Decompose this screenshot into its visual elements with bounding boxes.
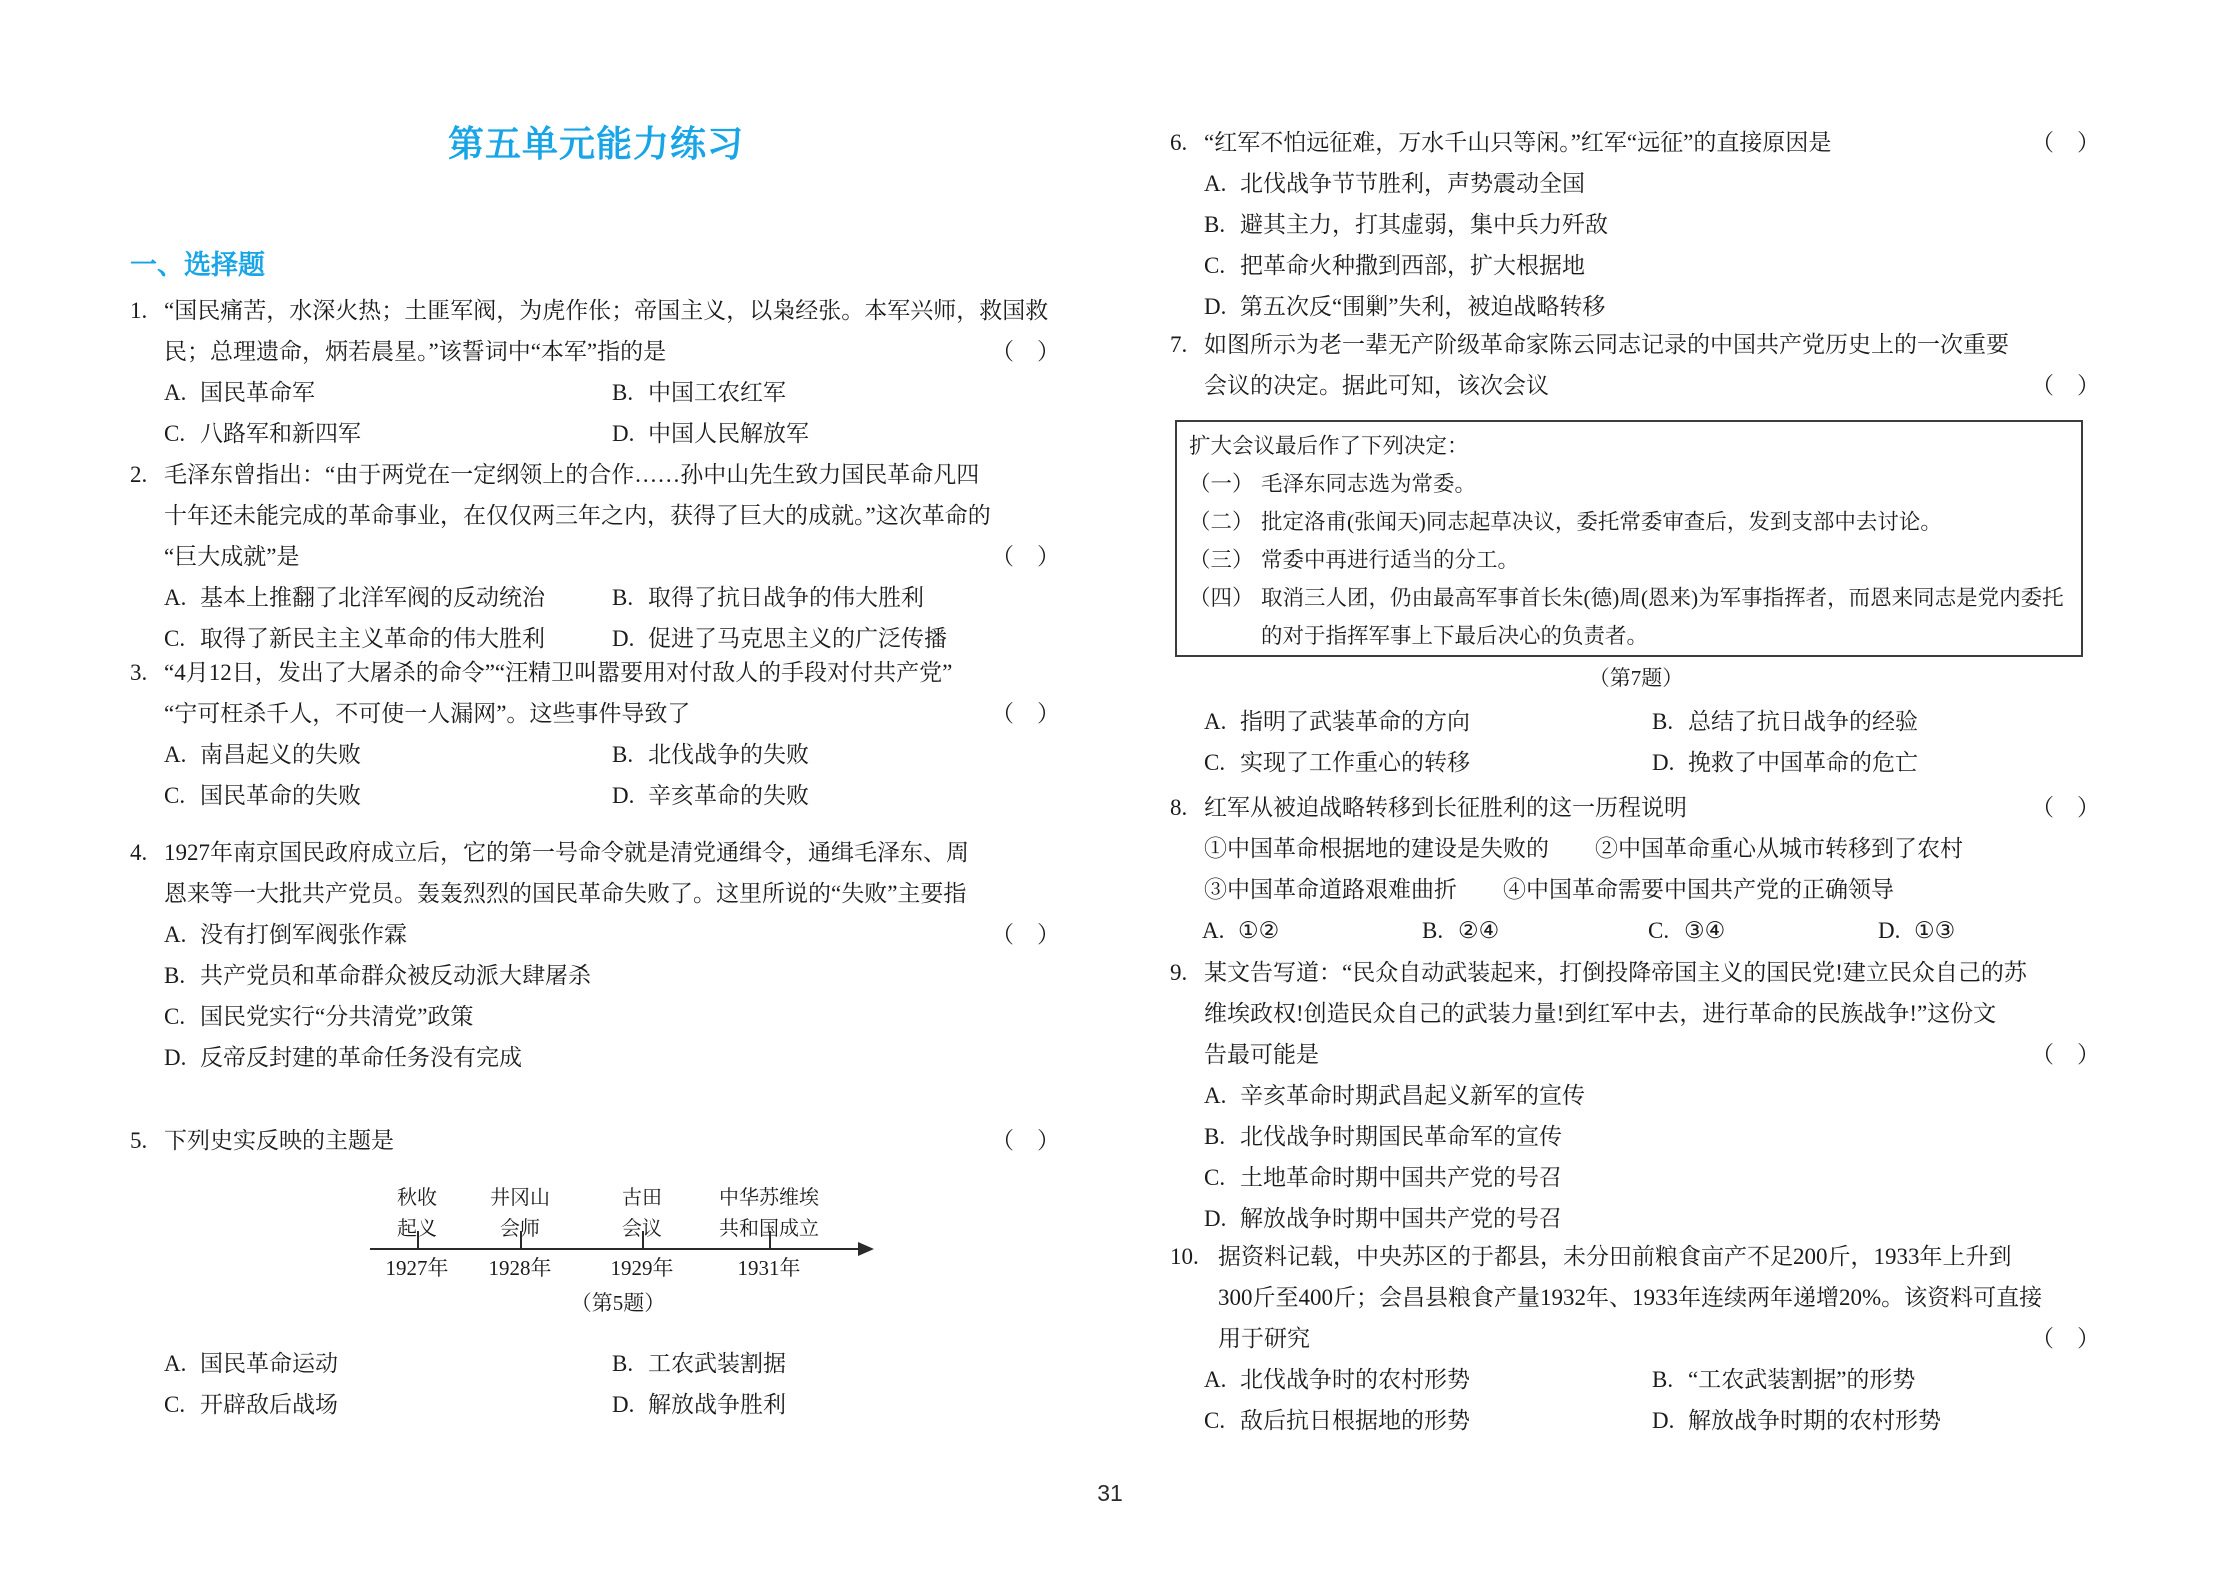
option-label: C. — [164, 1384, 200, 1425]
question-2: 2. 毛泽东曾指出：“由于两党在一定纲领上的合作……孙中山先生致力国民革命凡四 … — [130, 454, 1062, 659]
statement-text: ④中国革命需要中国共产党的正确领导 — [1503, 877, 1894, 902]
options-list: A.没有打倒军阀张作霖 B.共产党员和革命群众被反动派大肆屠杀 C.国民党实行“… — [130, 914, 1062, 1078]
option-text: 国民革命的失败 — [200, 783, 361, 808]
option-label: A. — [1204, 1359, 1240, 1400]
option-a: A.辛亥革命时期武昌起义新军的宣传 — [1204, 1075, 2102, 1116]
stem-line: 300斤至400斤；会昌县粮食产量1932年、1933年连续两年递增20%。该资… — [1170, 1277, 2102, 1318]
option-text: 敌后抗日根据地的形势 — [1240, 1408, 1470, 1433]
option-label: B. — [1204, 204, 1240, 245]
option-text: 北伐战争时的农村形势 — [1240, 1367, 1470, 1392]
option-label: A. — [1202, 910, 1238, 951]
option-b: B.总结了抗日战争的经验 — [1652, 701, 2102, 742]
options-list: A.北伐战争节节胜利，声势震动全国 B.避其主力，打其虚弱，集中兵力歼敌 C.把… — [1170, 163, 2102, 327]
item-marker: （四） — [1189, 579, 1254, 617]
option-text: 基本上推翻了北洋军阀的反动统治 — [200, 585, 545, 610]
timeline-tick — [520, 1231, 522, 1248]
question-number: 5. — [130, 1120, 147, 1161]
question-8: 8. 红军从被迫战略转移到长征胜利的这一历程说明 （ ） ①中国革命根据地的建设… — [1170, 787, 2102, 951]
timeline-tick — [642, 1231, 644, 1248]
option-label: C. — [1204, 1157, 1240, 1198]
answer-bracket: （ ） — [991, 693, 1060, 734]
timeline-figure: 秋收 起义 井冈山 会师 古田 会议 中华苏维埃 共和国成立 1927年 192… — [130, 1161, 1062, 1343]
option-text: 避其主力，打其虚弱，集中兵力歼敌 — [1240, 212, 1608, 237]
timeline-year: 1931年 — [699, 1253, 839, 1283]
option-b: B.北伐战争的失败 — [612, 734, 1062, 775]
option-label: A. — [164, 372, 200, 413]
page-title: 第五单元能力练习 — [130, 119, 1062, 169]
options-grid: A.国民革命运动 B.工农武装割据 C.开辟敌后战场 D.解放战争胜利 — [130, 1343, 1062, 1425]
section-heading: 一、选择题 — [130, 246, 265, 284]
question-number: 6. — [1170, 122, 1187, 163]
option-text: 开辟敌后战场 — [200, 1392, 338, 1417]
stem-text: 300斤至400斤；会昌县粮食产量1932年、1933年连续两年递增20%。该资… — [1218, 1285, 2042, 1310]
answer-bracket: （ ） — [2031, 365, 2100, 406]
stem-text: 维埃政权!创造民众自己的武装力量!到红军中去，进行革命的民族战争!”这份文 — [1204, 1001, 1996, 1026]
question-3: 3. “4月12日，发出了大屠杀的命令”“汪精卫叫嚣要用对付敌人的手段对付共产党… — [130, 652, 1062, 816]
option-text: 共产党员和革命群众被反动派大肆屠杀 — [200, 963, 591, 988]
option-label: D. — [164, 1037, 200, 1078]
option-text: 解放战争时期中国共产党的号召 — [1240, 1206, 1562, 1231]
figure-caption: （第7题） — [1170, 663, 2102, 693]
item-marker: （一） — [1189, 465, 1254, 503]
option-label: C. — [164, 775, 200, 816]
option-label: C. — [1204, 1400, 1240, 1441]
options-grid: A.①② B.②④ C.③④ D.①③ — [1170, 910, 2102, 951]
option-d: D.反帝反封建的革命任务没有完成 — [164, 1037, 1062, 1078]
option-label: D. — [1204, 286, 1240, 327]
option-text: ①② — [1238, 918, 1279, 943]
option-a: A.国民革命运动 — [164, 1343, 612, 1384]
option-label: D. — [612, 1384, 648, 1425]
stem-text: 毛泽东曾指出：“由于两党在一定纲领上的合作……孙中山先生致力国民革命凡四 — [164, 462, 979, 487]
options-list: A.辛亥革命时期武昌起义新军的宣传 B.北伐战争时期国民革命军的宣传 C.土地革… — [1170, 1075, 2102, 1239]
option-a: A.北伐战争节节胜利，声势震动全国 — [1204, 163, 2102, 204]
option-c: C.③④ — [1648, 910, 1878, 951]
stem-line: 2. 毛泽东曾指出：“由于两党在一定纲领上的合作……孙中山先生致力国民革命凡四 — [130, 454, 1062, 495]
options-grid: A.指明了武装革命的方向 B.总结了抗日战争的经验 C.实现了工作重心的转移 D… — [1170, 701, 2102, 783]
question-5: 5. 下列史实反映的主题是 （ ） 秋收 起义 井冈山 会师 古田 会议 中华苏… — [130, 1120, 1062, 1425]
option-label: D. — [1652, 1400, 1688, 1441]
question-number: 3. — [130, 652, 147, 693]
stem-line: 10. 据资料记载，中央苏区的于都县，未分田前粮食亩产不足200斤，1933年上… — [1170, 1236, 2102, 1277]
option-text: 国民革命军 — [200, 380, 315, 405]
stem-text: “4月12日，发出了大屠杀的命令”“汪精卫叫嚣要用对付敌人的手段对付共产党” — [164, 660, 952, 685]
option-text: 把革命火种撒到西部，扩大根据地 — [1240, 253, 1585, 278]
option-a: A.指明了武装革命的方向 — [1204, 701, 1652, 742]
question-9: 9. 某文告写道：“民众自动武装起来，打倒投降帝国主义的国民党!建立民众自己的苏… — [1170, 952, 2102, 1239]
question-number: 1. — [130, 290, 147, 331]
stem-line: 用于研究 （ ） — [1170, 1318, 2102, 1359]
question-number: 10. — [1170, 1236, 1199, 1277]
answer-bracket: （ ） — [2031, 122, 2100, 163]
question-number: 4. — [130, 832, 147, 873]
option-b: B.②④ — [1422, 910, 1648, 951]
answer-bracket: （ ） — [991, 914, 1060, 955]
option-c: C.国民党实行“分共清党”政策 — [164, 996, 1062, 1037]
option-a: A.没有打倒军阀张作霖 — [164, 914, 1062, 955]
stem-line: 7. 如图所示为老一辈无产阶级革命家陈云同志记录的中国共产党历史上的一次重要 — [1170, 324, 2102, 365]
option-text: 国民党实行“分共清党”政策 — [200, 1004, 473, 1029]
option-label: C. — [164, 996, 200, 1037]
answer-bracket: （ ） — [2031, 1318, 2100, 1359]
option-text: 北伐战争时期国民革命军的宣传 — [1240, 1124, 1562, 1149]
stem-text: 据资料记载，中央苏区的于都县，未分田前粮食亩产不足200斤，1933年上升到 — [1218, 1244, 2012, 1269]
stem-text: “巨大成就”是 — [164, 544, 299, 569]
option-text: 促进了马克思主义的广泛传播 — [648, 626, 947, 651]
option-text: 工农武装割据 — [648, 1351, 786, 1376]
option-label: C. — [1204, 742, 1240, 783]
option-text: 没有打倒军阀张作霖 — [200, 922, 407, 947]
options-grid: A.基本上推翻了北洋军阀的反动统治 B.取得了抗日战争的伟大胜利 C.取得了新民… — [130, 577, 1062, 659]
option-d: D.中国人民解放军 — [612, 413, 1062, 454]
option-text: ①③ — [1914, 918, 1955, 943]
item-marker: （二） — [1189, 503, 1254, 541]
answer-bracket: （ ） — [991, 1120, 1060, 1161]
stem-line: 告最可能是 （ ） — [1170, 1034, 2102, 1075]
event-label: 中华苏维埃 — [684, 1183, 854, 1214]
option-label: C. — [1204, 245, 1240, 286]
option-label: D. — [1878, 910, 1914, 951]
stem-line: 1. “国民痛苦，水深火热；土匪军阀，为虎作伥；帝国主义，以枭经张。本军兴师，救… — [130, 290, 1062, 331]
stem-line: 民；总理遗命，炳若晨星。”该誓词中“本军”指的是 （ ） — [130, 331, 1062, 372]
option-label: C. — [164, 413, 200, 454]
option-a: A.①② — [1202, 910, 1422, 951]
option-b: B.“工农武装割据”的形势 — [1652, 1359, 2102, 1400]
option-label: B. — [612, 372, 648, 413]
option-label: A. — [164, 1343, 200, 1384]
option-label: D. — [1652, 742, 1688, 783]
box-item: （一） 毛泽东同志选为常委。 — [1189, 465, 2073, 503]
stem-line: 8. 红军从被迫战略转移到长征胜利的这一历程说明 （ ） — [1170, 787, 2102, 828]
option-label: B. — [1652, 701, 1688, 742]
option-d: D.①③ — [1878, 910, 2102, 951]
question-4: 4. 1927年南京国民政府成立后，它的第一号命令就是清党通缉令，通缉毛泽东、周… — [130, 832, 1062, 1078]
stem-text: “宁可枉杀千人，不可使一人漏网”。这些事件导致了 — [164, 701, 690, 726]
stem-text: 民；总理遗命，炳若晨星。”该誓词中“本军”指的是 — [164, 339, 666, 364]
option-label: D. — [612, 413, 648, 454]
timeline-year: 1929年 — [572, 1253, 712, 1283]
question-7: 7. 如图所示为老一辈无产阶级革命家陈云同志记录的中国共产党历史上的一次重要 会… — [1170, 324, 2102, 783]
option-label: B. — [1204, 1116, 1240, 1157]
option-b: B.中国工农红军 — [612, 372, 1062, 413]
item-text: 批定洛甫(张闻天)同志起草决议，委托常委审查后，发到支部中去讨论。 — [1261, 510, 1942, 534]
option-label: C. — [1648, 910, 1684, 951]
stem-text: 如图所示为老一辈无产阶级革命家陈云同志记录的中国共产党历史上的一次重要 — [1204, 332, 2009, 357]
timeline-axis — [370, 1248, 860, 1250]
option-b: B.共产党员和革命群众被反动派大肆屠杀 — [164, 955, 1062, 996]
option-label: B. — [612, 1343, 648, 1384]
stem-line: 6. “红军不怕远征难，万水千山只等闲。”红军“远征”的直接原因是 （ ） — [1170, 122, 2102, 163]
statement-text: ①中国革命根据地的建设是失败的 — [1204, 836, 1549, 861]
option-label: B. — [612, 577, 648, 618]
stem-text: 下列史实反映的主题是 — [164, 1128, 394, 1153]
box-item: （四） 取消三人团，仍由最高军事首长朱(德)周(恩来)为军事指挥者，而恩来同志是… — [1189, 579, 2073, 655]
option-label: A. — [1204, 163, 1240, 204]
option-text: 取得了新民主主义革命的伟大胜利 — [200, 626, 545, 651]
timeline-tick — [769, 1231, 771, 1248]
stem-text: 用于研究 — [1218, 1326, 1310, 1351]
statement-text: ②中国革命重心从城市转移到了农村 — [1595, 836, 1963, 861]
option-label: B. — [1652, 1359, 1688, 1400]
stem-text: 1927年南京国民政府成立后，它的第一号命令就是清党通缉令，通缉毛泽东、周 — [164, 840, 969, 865]
decision-box-figure: 扩大会议最后作了下列决定： （一） 毛泽东同志选为常委。 （二） 批定洛甫(张闻… — [1175, 420, 2083, 657]
statement-line: ③中国革命道路艰难曲折④中国革命需要中国共产党的正确领导 — [1170, 869, 2102, 910]
option-text: 辛亥革命时期武昌起义新军的宣传 — [1240, 1083, 1585, 1108]
option-c: C.开辟敌后战场 — [164, 1384, 612, 1425]
item-text: 取消三人团，仍由最高军事首长朱(德)周(恩来)为军事指挥者，而恩来同志是党内委托… — [1261, 586, 2064, 648]
option-text: 实现了工作重心的转移 — [1240, 750, 1470, 775]
option-d: D.辛亥革命的失败 — [612, 775, 1062, 816]
stem-text: 红军从被迫战略转移到长征胜利的这一历程说明 — [1204, 795, 1687, 820]
question-6: 6. “红军不怕远征难，万水千山只等闲。”红军“远征”的直接原因是 （ ） A.… — [1170, 122, 2102, 327]
stem-line: 恩来等一大批共产党员。轰轰烈烈的国民革命失败了。这里所说的“失败”主要指 — [130, 873, 1062, 914]
stem-text: “红军不怕远征难，万水千山只等闲。”红军“远征”的直接原因是 — [1204, 130, 1831, 155]
question-1: 1. “国民痛苦，水深火热；土匪军阀，为虎作伥；帝国主义，以枭经张。本军兴师，救… — [130, 290, 1062, 454]
box-item: （三） 常委中再进行适当的分工。 — [1189, 541, 2073, 579]
option-text: 北伐战争的失败 — [648, 742, 809, 767]
option-c: C.八路军和新四军 — [164, 413, 612, 454]
option-d: D.挽救了中国革命的危亡 — [1652, 742, 2102, 783]
answer-bracket: （ ） — [991, 536, 1060, 577]
item-text: 毛泽东同志选为常委。 — [1261, 472, 1476, 496]
question-number: 8. — [1170, 787, 1187, 828]
option-text: “工农武装割据”的形势 — [1688, 1367, 1915, 1392]
option-text: 土地革命时期中国共产党的号召 — [1240, 1165, 1562, 1190]
option-c: C.土地革命时期中国共产党的号召 — [1204, 1157, 2102, 1198]
option-label: A. — [164, 914, 200, 955]
option-label: D. — [1204, 1198, 1240, 1239]
option-c: C.把革命火种撒到西部，扩大根据地 — [1204, 245, 2102, 286]
option-text: 挽救了中国革命的危亡 — [1688, 750, 1918, 775]
option-text: 八路军和新四军 — [200, 421, 361, 446]
stem-line: 4. 1927年南京国民政府成立后，它的第一号命令就是清党通缉令，通缉毛泽东、周 — [130, 832, 1062, 873]
item-marker: （三） — [1189, 541, 1254, 579]
figure-caption: （第5题） — [370, 1288, 866, 1318]
stem-line: 会议的决定。据此可知，该次会议 （ ） — [1170, 365, 2102, 406]
stem-text: “国民痛苦，水深火热；土匪军阀，为虎作伥；帝国主义，以枭经张。本军兴师，救国救 — [164, 298, 1048, 323]
box-item: （二） 批定洛甫(张闻天)同志起草决议，委托常委审查后，发到支部中去讨论。 — [1189, 503, 2073, 541]
option-a: A.北伐战争时的农村形势 — [1204, 1359, 1652, 1400]
stem-text: 恩来等一大批共产党员。轰轰烈烈的国民革命失败了。这里所说的“失败”主要指 — [164, 881, 966, 906]
option-d: D.解放战争胜利 — [612, 1384, 1062, 1425]
option-text: ②④ — [1458, 918, 1499, 943]
option-text: 解放战争时期的农村形势 — [1688, 1408, 1941, 1433]
stem-text: 某文告写道：“民众自动武装起来，打倒投降帝国主义的国民党!建立民众自己的苏 — [1204, 960, 2027, 985]
timeline-year: 1928年 — [450, 1253, 590, 1283]
option-text: 指明了武装革命的方向 — [1240, 709, 1470, 734]
option-b: B.取得了抗日战争的伟大胜利 — [612, 577, 1062, 618]
option-text: 解放战争胜利 — [648, 1392, 786, 1417]
question-10: 10. 据资料记载，中央苏区的于都县，未分田前粮食亩产不足200斤，1933年上… — [1170, 1236, 2102, 1441]
statement-text: ③中国革命道路艰难曲折 — [1204, 877, 1457, 902]
option-label: B. — [164, 955, 200, 996]
option-a: A.南昌起义的失败 — [164, 734, 612, 775]
option-label: A. — [1204, 1075, 1240, 1116]
answer-bracket: （ ） — [2031, 1034, 2100, 1075]
option-a: A.基本上推翻了北洋军阀的反动统治 — [164, 577, 612, 618]
option-a: A.国民革命军 — [164, 372, 612, 413]
option-text: 总结了抗日战争的经验 — [1688, 709, 1918, 734]
option-c: C.敌后抗日根据地的形势 — [1204, 1400, 1652, 1441]
option-b: B.工农武装割据 — [612, 1343, 1062, 1384]
page-number: 31 — [0, 1478, 2220, 1508]
stem-line: “巨大成就”是 （ ） — [130, 536, 1062, 577]
timeline-tick — [417, 1231, 419, 1248]
box-title: 扩大会议最后作了下列决定： — [1189, 427, 2073, 465]
option-text: 国民革命运动 — [200, 1351, 338, 1376]
option-d: D.第五次反“围剿”失利，被迫战略转移 — [1204, 286, 2102, 327]
option-label: A. — [1204, 701, 1240, 742]
option-text: ③④ — [1684, 918, 1725, 943]
item-text: 常委中再进行适当的分工。 — [1261, 548, 1519, 572]
stem-text: 会议的决定。据此可知，该次会议 — [1204, 373, 1549, 398]
answer-bracket: （ ） — [2031, 787, 2100, 828]
question-number: 2. — [130, 454, 147, 495]
option-text: 反帝反封建的革命任务没有完成 — [200, 1045, 522, 1070]
option-text: 南昌起义的失败 — [200, 742, 361, 767]
option-text: 中国人民解放军 — [648, 421, 809, 446]
option-label: B. — [1422, 910, 1458, 951]
stem-line: “宁可枉杀千人，不可使一人漏网”。这些事件导致了 （ ） — [130, 693, 1062, 734]
option-d: D.解放战争时期中国共产党的号召 — [1204, 1198, 2102, 1239]
stem-line: 十年还未能完成的革命事业，在仅仅两三年之内，获得了巨大的成就。”这次革命的 — [130, 495, 1062, 536]
options-grid: A.南昌起义的失败 B.北伐战争的失败 C.国民革命的失败 D.辛亥革命的失败 — [130, 734, 1062, 816]
option-text: 北伐战争节节胜利，声势震动全国 — [1240, 171, 1585, 196]
stem-text: 十年还未能完成的革命事业，在仅仅两三年之内，获得了巨大的成就。”这次革命的 — [164, 503, 991, 528]
option-text: 第五次反“围剿”失利，被迫战略转移 — [1240, 294, 1605, 319]
stem-line: 3. “4月12日，发出了大屠杀的命令”“汪精卫叫嚣要用对付敌人的手段对付共产党… — [130, 652, 1062, 693]
option-b: B.北伐战争时期国民革命军的宣传 — [1204, 1116, 2102, 1157]
option-c: C.实现了工作重心的转移 — [1204, 742, 1652, 783]
options-grid: A.国民革命军 B.中国工农红军 C.八路军和新四军 D.中国人民解放军 — [130, 372, 1062, 454]
question-number: 7. — [1170, 324, 1187, 365]
arrow-right-icon — [858, 1242, 874, 1256]
statement-line: ①中国革命根据地的建设是失败的②中国革命重心从城市转移到了农村 — [1170, 828, 2102, 869]
stem-line: 9. 某文告写道：“民众自动武装起来，打倒投降帝国主义的国民党!建立民众自己的苏 — [1170, 952, 2102, 993]
options-grid: A.北伐战争时的农村形势 B.“工农武装割据”的形势 C.敌后抗日根据地的形势 … — [1170, 1359, 2102, 1441]
answer-bracket: （ ） — [991, 331, 1060, 372]
question-number: 9. — [1170, 952, 1187, 993]
stem-line: 5. 下列史实反映的主题是 （ ） — [130, 1120, 1062, 1161]
option-text: 辛亥革命的失败 — [648, 783, 809, 808]
option-c: C.国民革命的失败 — [164, 775, 612, 816]
option-text: 取得了抗日战争的伟大胜利 — [648, 585, 924, 610]
worksheet-page: 第五单元能力练习 一、选择题 1. “国民痛苦，水深火热；土匪军阀，为虎作伥；帝… — [0, 0, 2220, 1571]
option-label: B. — [612, 734, 648, 775]
option-d: D.解放战争时期的农村形势 — [1652, 1400, 2102, 1441]
option-text: 中国工农红军 — [648, 380, 786, 405]
stem-line: 维埃政权!创造民众自己的武装力量!到红军中去，进行革命的民族战争!”这份文 — [1170, 993, 2102, 1034]
option-label: A. — [164, 577, 200, 618]
option-label: D. — [612, 775, 648, 816]
option-label: A. — [164, 734, 200, 775]
option-b: B.避其主力，打其虚弱，集中兵力歼敌 — [1204, 204, 2102, 245]
stem-text: 告最可能是 — [1204, 1042, 1319, 1067]
